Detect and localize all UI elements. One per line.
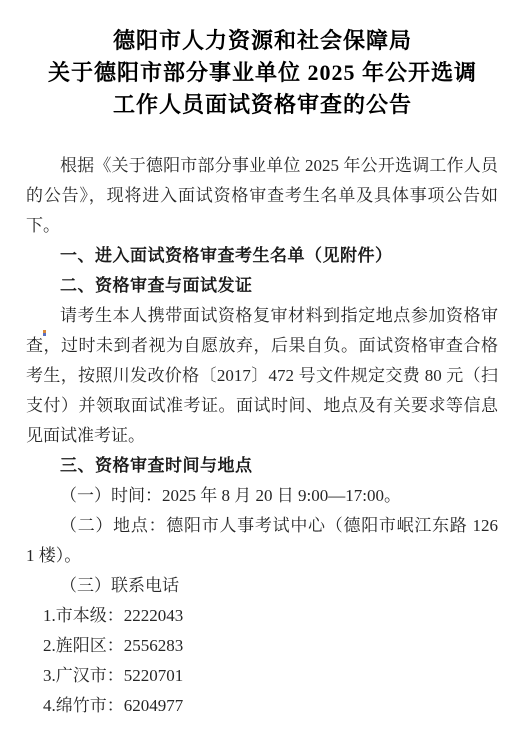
section-3-heading: 三、资格审查时间与地点	[26, 451, 498, 481]
document-title: 德阳市人力资源和社会保障局 关于德阳市部分事业单位 2025 年公开选调 工作人…	[0, 0, 525, 121]
review-location-line: 1 楼）。	[26, 541, 498, 571]
intro-paragraph-line: 根据《关于德阳市部分事业单位 2025 年公开选调工作人员	[26, 151, 498, 181]
section-1-heading: 一、进入面试资格审查考生名单（见附件）	[26, 241, 498, 271]
contact-heading-line: （三）联系电话	[26, 571, 498, 601]
review-time-line: （一）时间：2025 年 8 月 20 日 9:00—17:00。	[26, 481, 498, 511]
phone-entry-mianzhu: 4.绵竹市：6204977	[26, 691, 498, 721]
title-line-3: 工作人员面试资格审查的公告	[0, 89, 525, 121]
phone-entry-jingyang: 2.旌阳区：2556283	[26, 631, 498, 661]
title-line-1: 德阳市人力资源和社会保障局	[0, 25, 525, 57]
stray-pixel-artifact	[43, 330, 46, 336]
section-2-paragraph-line: 见面试准考证。	[26, 421, 498, 451]
section-2-paragraph-line: 考生，按照川发改价格〔2017〕472 号文件规定交费 80 元（扫码	[26, 361, 498, 391]
intro-paragraph-line: 下。	[26, 211, 498, 241]
title-line-2: 关于德阳市部分事业单位 2025 年公开选调	[0, 57, 525, 89]
intro-paragraph-line: 的公告》，现将进入面试资格审查考生名单及具体事项公告如	[26, 181, 498, 211]
document-body: 根据《关于德阳市部分事业单位 2025 年公开选调工作人员 的公告》，现将进入面…	[26, 151, 498, 721]
section-2-paragraph-line: 支付）并领取面试准考证。面试时间、地点及有关要求等信息详	[26, 391, 498, 421]
section-2-heading: 二、资格审查与面试发证	[26, 271, 498, 301]
review-location-line: （二）地点：德阳市人事考试中心（德阳市岷江东路 126 号	[26, 511, 498, 541]
announcement-document: 德阳市人力资源和社会保障局 关于德阳市部分事业单位 2025 年公开选调 工作人…	[0, 0, 525, 737]
phone-entry-city: 1.市本级：2222043	[26, 601, 498, 631]
section-2-paragraph-line: 查，过时未到者视为自愿放弃，后果自负。面试资格审查合格的	[26, 331, 498, 361]
phone-entry-guanghan: 3.广汉市：5220701	[26, 661, 498, 691]
section-2-paragraph-line: 请考生本人携带面试资格复审材料到指定地点参加资格审	[26, 301, 498, 331]
